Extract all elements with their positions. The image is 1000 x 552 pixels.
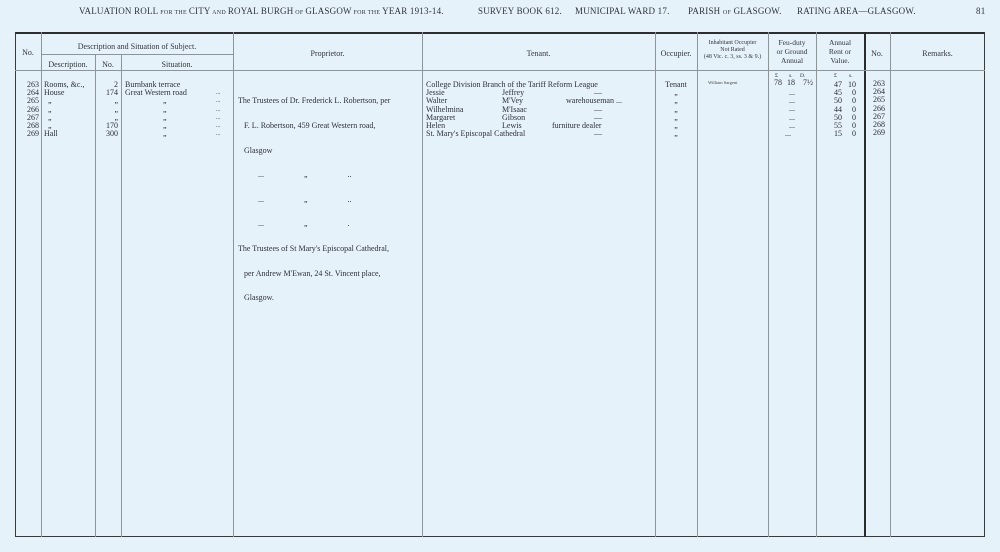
leader-dots: ... [216,122,230,130]
header-proprietor: Proprietor. [233,49,422,58]
header-no-right: No. [864,49,890,58]
entry-numbers: 263 264 265 266 267 268 269 [16,81,39,138]
tenant-line: St. Mary's Episcopal Cathedral— [426,130,652,138]
column-rule [816,32,817,537]
description-cell: Hall [44,130,94,138]
header-description-group: Description and Situation of Subject. [41,42,233,51]
header-inhabitant: Inhabitant OccupierNot Rated(48 Vic. c. … [697,40,768,61]
page-number: 81 [976,6,985,16]
proprietor-line: The Trustees of St Mary's Episcopal Cath… [238,245,420,253]
proprietors: The Trustees of Dr. Frederick L. Roberts… [238,81,420,311]
column-rule [890,32,891,537]
feu-duty-values: ... ... ... ... ... ... [768,89,816,138]
proprietor-line: F. L. Robertson, 459 Great Western road, [238,122,420,130]
header-occupier: Occupier. [655,49,697,58]
proprietor-line: Glasgow. [238,294,420,302]
leader-dots [216,81,230,89]
header-no: No. [15,48,41,57]
proprietor-line: per Andrew M'Ewan, 24 St. Vincent place, [238,270,420,278]
header-feu-duty: Feu-dutyor GroundAnnual [768,38,816,65]
leader-dots: ... [216,114,230,122]
leader-dots: ... [216,89,230,97]
page-header: VALUATION ROLL FOR THE CITY AND ROYAL BU… [0,6,1000,20]
rating-area: RATING AREA—GLASGOW. [797,6,916,16]
header-subrule [41,54,233,55]
entry-no: 269 [16,130,39,138]
rent-pounds: 47 45 50 44 50 55 15 [826,81,842,138]
street-numbers: 2 174 „ „ „ 170 300 [96,81,118,138]
feu-pence: 7½ [803,79,813,87]
descriptions: Rooms, &c., House „ „ „ „ Hall [44,81,94,138]
proprietor-line: ... „ . [238,220,420,228]
header-description: Description. [41,60,95,69]
column-rule [233,32,234,537]
rent-pounds-cell: 15 [826,130,842,138]
header-tenant: Tenant. [422,49,655,58]
feu-cell: ... [768,130,816,138]
proprietor-line: ... „ .. [238,171,420,179]
situation-leaders: ... ... ... ... ... ... [216,81,230,138]
header-remarks: Remarks. [890,49,985,58]
parish: PARISH OF GLASGOW. [688,6,782,16]
leader-dots: ... [216,130,230,138]
rent-pound-unit: £ [834,72,837,80]
leader-dots: ... [216,97,230,105]
header-annual-rent: AnnualRent orValue. [816,38,864,65]
header-situation: Situation. [121,60,233,69]
rent-shilling-unit: s. [849,72,853,80]
rent-shillings-cell: 0 [844,130,856,138]
header-bottom-rule [15,70,985,71]
occupiers: Tenant „ „ „ „ „ „ [655,81,697,138]
header-sub-no: No. [95,60,121,69]
occupier-cell: „ [655,130,697,138]
feu-shillings: 18 [787,79,795,87]
survey-book: SURVEY BOOK 612. [478,6,562,16]
situations: Burnbank terrace Great Western road „ „ … [125,81,205,138]
column-rule-thick [864,32,866,537]
column-rule [41,32,42,537]
municipal-ward: MUNICIPAL WARD 17. [575,6,670,16]
entry-no-right: 269 [873,129,889,137]
feu-pounds: 78 [774,79,782,87]
street-no: 300 [96,130,118,138]
feu-cell: ... [768,122,816,130]
inhabitant-note: William Sargent [708,79,737,87]
proprietor-line: Glasgow [238,147,420,155]
situation-cell: „ [125,130,205,138]
tenant-line: College Division Branch of the Tariff Re… [426,81,652,89]
leader-dots: ... [216,106,230,114]
column-rule [697,32,698,537]
column-rule [422,32,423,537]
rent-shillings: 10 0 0 0 0 0 0 [844,81,856,138]
tenant-line: MargaretGibson— [426,114,652,122]
proprietor-line: ... „ .. [238,196,420,204]
column-rule [121,54,122,537]
entry-numbers-right: 263 264 265 266 267 268 269 [873,80,889,137]
proprietor-line: The Trustees of Dr. Frederick L. Roberts… [238,97,420,105]
tenant-line: WilhelminaM'Isaac— [426,106,652,114]
tenants: College Division Branch of the Tariff Re… [426,81,652,138]
roll-title: VALUATION ROLL FOR THE CITY AND ROYAL BU… [79,6,444,16]
